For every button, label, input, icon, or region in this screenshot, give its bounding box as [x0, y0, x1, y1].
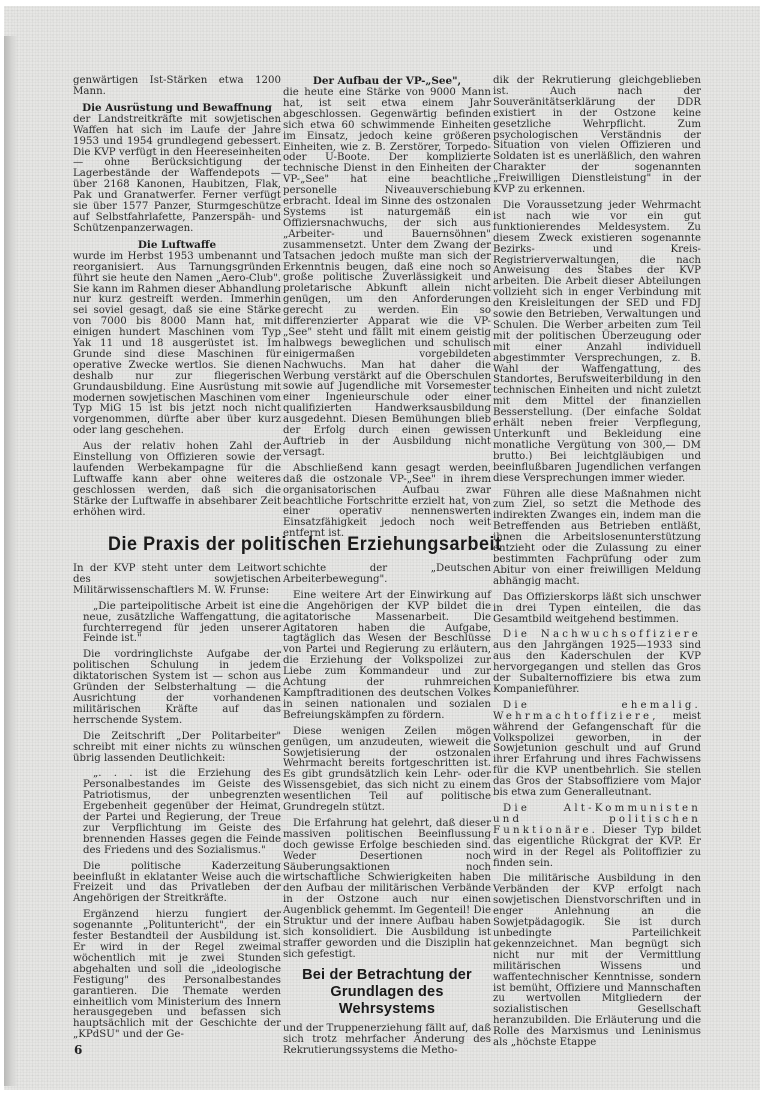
subheading-line: Grundlagen des Wehrsystems — [283, 984, 491, 1018]
paragraph: der Landstreitkräfte mit sowjetischen Wa… — [73, 115, 281, 235]
paragraph: Die Voraussetzung jeder Wehrmacht ist na… — [493, 201, 701, 485]
subheading-line: Bei der Betrachtung der — [283, 967, 491, 984]
paragraph-alt-kommunisten: Die Alt-Kommunisten und politischen Funk… — [493, 804, 701, 869]
paragraph-text: , meist während der Gefangenschaft für d… — [493, 711, 701, 798]
column-1-bottom: In der KVP steht unter dem Leitwort des … — [73, 564, 281, 1046]
paragraph: Führen alle diese Maßnahmen nicht zum Zi… — [493, 490, 701, 588]
column-3: dik der Rekrutierung gleichgeblieben ist… — [493, 76, 701, 1054]
paragraph: die heute eine Stärke von 9000 Mann hat,… — [283, 88, 491, 459]
paragraph: Die politische Kaderzeitung beeinflußt i… — [73, 862, 281, 906]
article-headline: Die Praxis der politischen Erziehungsarb… — [108, 533, 448, 555]
scan-background: genwärtigen Ist-Stärken etwa 1200 Mann. … — [0, 0, 778, 1100]
paragraph: schichte der „Deutschen Arbeiterbewegung… — [283, 564, 491, 586]
section-heading-ausruestung: Die Ausrüstung und Bewaffnung — [73, 103, 281, 114]
paragraph: Die militärische Ausbildung in den Verbä… — [493, 874, 701, 1049]
section-heading-vp-see: Der Aufbau der VP-„See", — [283, 76, 491, 87]
paragraph: Eine weitere Art der Einwirkung auf die … — [283, 591, 491, 722]
page-binding-shadow — [4, 36, 18, 1086]
spaced-lead: Die Nachwuchsoffiziere — [503, 629, 701, 640]
paragraph-nachwuchsoffiziere: Die Nachwuchsoffiziere aus den Jahrgänge… — [493, 630, 701, 695]
paragraph: In der KVP steht unter dem Leitwort des … — [73, 564, 281, 597]
quote-frunse: „Die parteipolitische Arbeit ist eine ne… — [83, 602, 281, 646]
paragraph: Aus der relativ hohen Zahl der Einstellu… — [73, 442, 281, 518]
paragraph-wehrmachtoffiziere: Die ehemalig. Wehrmachtoffiziere, meist … — [493, 701, 701, 799]
paragraph: Ergänzend hierzu fungiert der sogenannte… — [73, 910, 281, 1041]
column-1-top: genwärtigen Ist-Stärken etwa 1200 Mann. … — [73, 76, 281, 524]
paragraph: genwärtigen Ist-Stärken etwa 1200 Mann. — [73, 76, 281, 98]
column-2-top: Der Aufbau der VP-„See", die heute eine … — [283, 76, 491, 545]
page-number: 6 — [74, 1043, 82, 1057]
paragraph: Die Zeitschrift „Der Politarbeiter" schr… — [73, 732, 281, 765]
paragraph: wurde im Herbst 1953 umbenannt und reorg… — [73, 252, 281, 437]
paragraph: dik der Rekrutierung gleichgeblieben ist… — [493, 76, 701, 196]
column-2-bottom: schichte der „Deutschen Arbeiterbewegung… — [283, 564, 491, 1061]
paragraph: Das Offizierskorps läßt sich unschwer in… — [493, 593, 701, 626]
paragraph: und der Truppenerziehung fällt auf, daß … — [283, 1024, 491, 1057]
paragraph: Die vordringlichste Aufgabe der politisc… — [73, 650, 281, 726]
paragraph: Diese wenigen Zeilen mögen genügen, um a… — [283, 727, 491, 814]
quote-politarbeiter: „. . . ist die Erziehung des Personalbes… — [83, 769, 281, 856]
subheading-wehrsystem: Bei der Betrachtung der Grundlagen des W… — [283, 967, 491, 1018]
paragraph-text: aus den Jahrgängen 1925—1933 sind aus de… — [493, 640, 701, 695]
paragraph: Abschließend kann gesagt werden, daß die… — [283, 464, 491, 540]
section-heading-luftwaffe: Die Luftwaffe — [73, 240, 281, 251]
paragraph: Die Erfahrung hat gelehrt, daß dieser ma… — [283, 819, 491, 961]
